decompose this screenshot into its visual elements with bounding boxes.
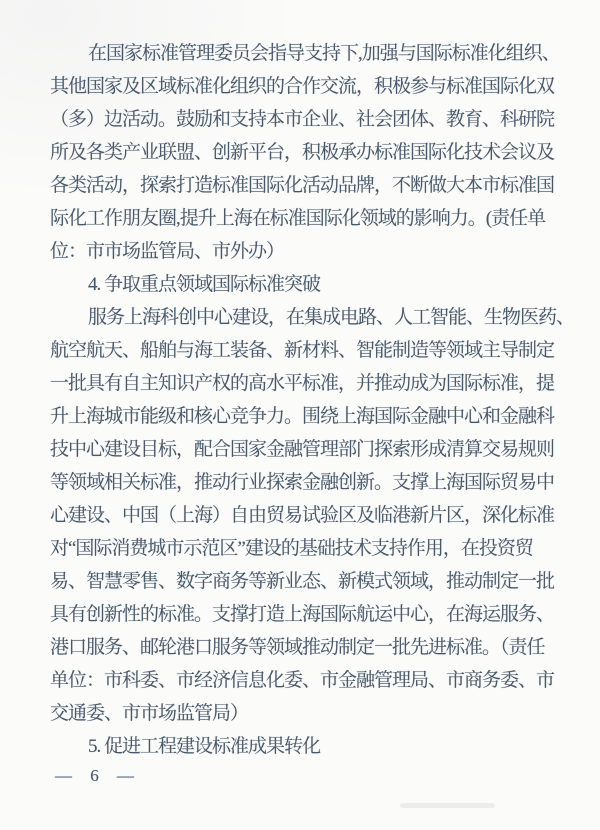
body-line: 对“国际消费城市示范区”建设的基础技术支持作用，在投资贸 xyxy=(50,532,556,565)
body-line: 单位：市科委、市经济信息化委、市金融管理局、市商务委、市 xyxy=(50,664,556,697)
scanned-document-page: 在国家标准管理委员会指导支持下,加强与国际标准化组织、 其他国家及区域标准化组织… xyxy=(0,0,600,830)
body-line: 在国家标准管理委员会指导支持下,加强与国际标准化组织、 xyxy=(50,37,556,70)
page-number: — 6 — xyxy=(55,766,141,786)
body-line: 升上海城市能级和核心竞争力。围绕上海国际金融中心和金融科 xyxy=(50,400,556,433)
body-line: 心建设、中国（上海）自由贸易试验区及临港新片区，深化标准 xyxy=(50,499,556,532)
body-line: 服务上海科创中心建设，在集成电路、人工智能、生物医药、 xyxy=(50,301,556,334)
body-line: 技中心建设目标，配合国家金融管理部门探索形成清算交易规则 xyxy=(50,433,556,466)
document-text: 在国家标准管理委员会指导支持下,加强与国际标准化组织、 其他国家及区域标准化组织… xyxy=(50,37,556,763)
body-line: 际化工作朋友圈,提升上海在标准国际化领域的影响力。(责任单 xyxy=(50,202,556,235)
body-line: 位：市市场监管局、市外办） xyxy=(50,235,556,268)
body-line: 具有创新性的标准。支撑打造上海国际航运中心，在海运服务、 xyxy=(50,598,556,631)
section-heading-5: 5. 促进工程建设标准成果转化 xyxy=(50,730,556,763)
body-line: （多）边活动。鼓励和支持本市企业、社会团体、教育、科研院 xyxy=(50,103,556,136)
body-line: 等领域相关标准，推动行业探索金融创新。支撑上海国际贸易中 xyxy=(50,466,556,499)
body-line: 港口服务、邮轮港口服务等领域推动制定一批先进标准。（责任 xyxy=(50,631,556,664)
body-line: 各类活动，探索打造标准国际化活动品牌，不断做大本市标准国 xyxy=(50,169,556,202)
scan-artifact xyxy=(400,803,495,808)
section-heading-4: 4. 争取重点领域国际标准突破 xyxy=(50,268,556,301)
body-line: 航空航天、船舶与海工装备、新材料、智能制造等领域主导制定 xyxy=(50,334,556,367)
body-line: 一批具有自主知识产权的高水平标准，并推动成为国际标准，提 xyxy=(50,367,556,400)
body-line: 其他国家及区域标准化组织的合作交流，积极参与标准国际化双 xyxy=(50,70,556,103)
body-line: 所及各类产业联盟、创新平台，积极承办标准国际化技术会议及 xyxy=(50,136,556,169)
body-line: 交通委、市市场监管局） xyxy=(50,697,556,730)
body-line: 易、智慧零售、数字商务等新业态、新模式领域，推动制定一批 xyxy=(50,565,556,598)
